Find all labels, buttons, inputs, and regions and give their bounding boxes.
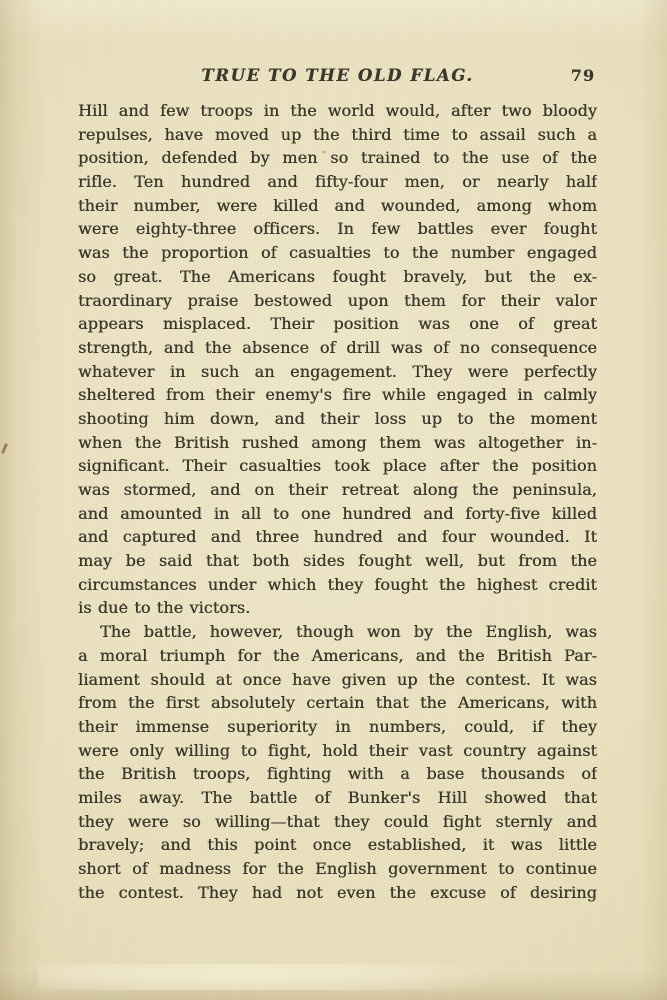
text-line: Hill and few troops in the world would, … [78,99,597,123]
text-line: from the first absolutely certain that t… [78,691,597,715]
text-line: liament should at once have given up the… [78,668,597,692]
text-line: were eighty-three officers. In few battl… [78,217,597,241]
paragraph-1: Hill and few troops in the world would, … [78,99,597,620]
text-line: were only willing to fight, hold their v… [78,739,597,763]
paragraph-2: The battle, however, though won by the E… [78,620,597,904]
scanned-book-page: TRUE TO THE OLD FLAG. 79 Hill and few tr… [0,0,667,1000]
text-line: strength, and the absence of drill was o… [78,336,597,360]
text-line: sheltered from their enemy's fire while … [78,383,597,407]
text-line: when the British rushed among them was a… [78,431,597,455]
page-body: Hill and few troops in the world would, … [78,99,597,904]
text-line: rifle. Ten hundred and fifty-four men, o… [78,170,597,194]
text-line: traordinary praise bestowed upon them fo… [78,289,597,313]
page-number: 79 [571,63,595,89]
text-line: shooting him down, and their loss up to … [78,407,597,431]
text-line: their number, were killed and wounded, a… [78,194,597,218]
text-line: may be said that both sides fought well,… [78,549,597,573]
text-line: was the proportion of casualties to the … [78,241,597,265]
text-line: repulses, have moved up the third time t… [78,123,597,147]
running-title: TRUE TO THE OLD FLAG. [78,63,597,89]
text-line: circumstances under which they fought th… [78,573,597,597]
text-line: they were so willing—that they could fig… [78,810,597,834]
text-line: position, defended by men so trained to … [78,146,597,170]
page-bottom-edge-highlight [38,964,487,990]
text-line: was stormed, and on their retreat along … [78,478,597,502]
text-line: the contest. They had not even the excus… [78,881,597,905]
text-line: miles away. The battle of Bunker's Hill … [78,786,597,810]
text-line: and captured and three hundred and four … [78,525,597,549]
text-line: so great. The Americans fought bravely, … [78,265,597,289]
text-line: and amounted in all to one hundred and f… [78,502,597,526]
text-line: the British troops, fighting with a base… [78,762,597,786]
text-line: short of madness for the English governm… [78,857,597,881]
text-line: is due to the victors. [78,596,597,620]
text-line: The battle, however, though won by the E… [78,620,597,644]
text-line: significant. Their casualties took place… [78,454,597,478]
text-line: whatever in such an engagement. They wer… [78,360,597,384]
text-line: a moral triumph for the Americans, and t… [78,644,597,668]
text-line: appears misplaced. Their position was on… [78,312,597,336]
running-header: TRUE TO THE OLD FLAG. 79 [78,63,597,89]
text-line: their immense superiority in numbers, co… [78,715,597,739]
scan-artifact-mark [1,443,8,454]
text-line: bravely; and this point once established… [78,833,597,857]
